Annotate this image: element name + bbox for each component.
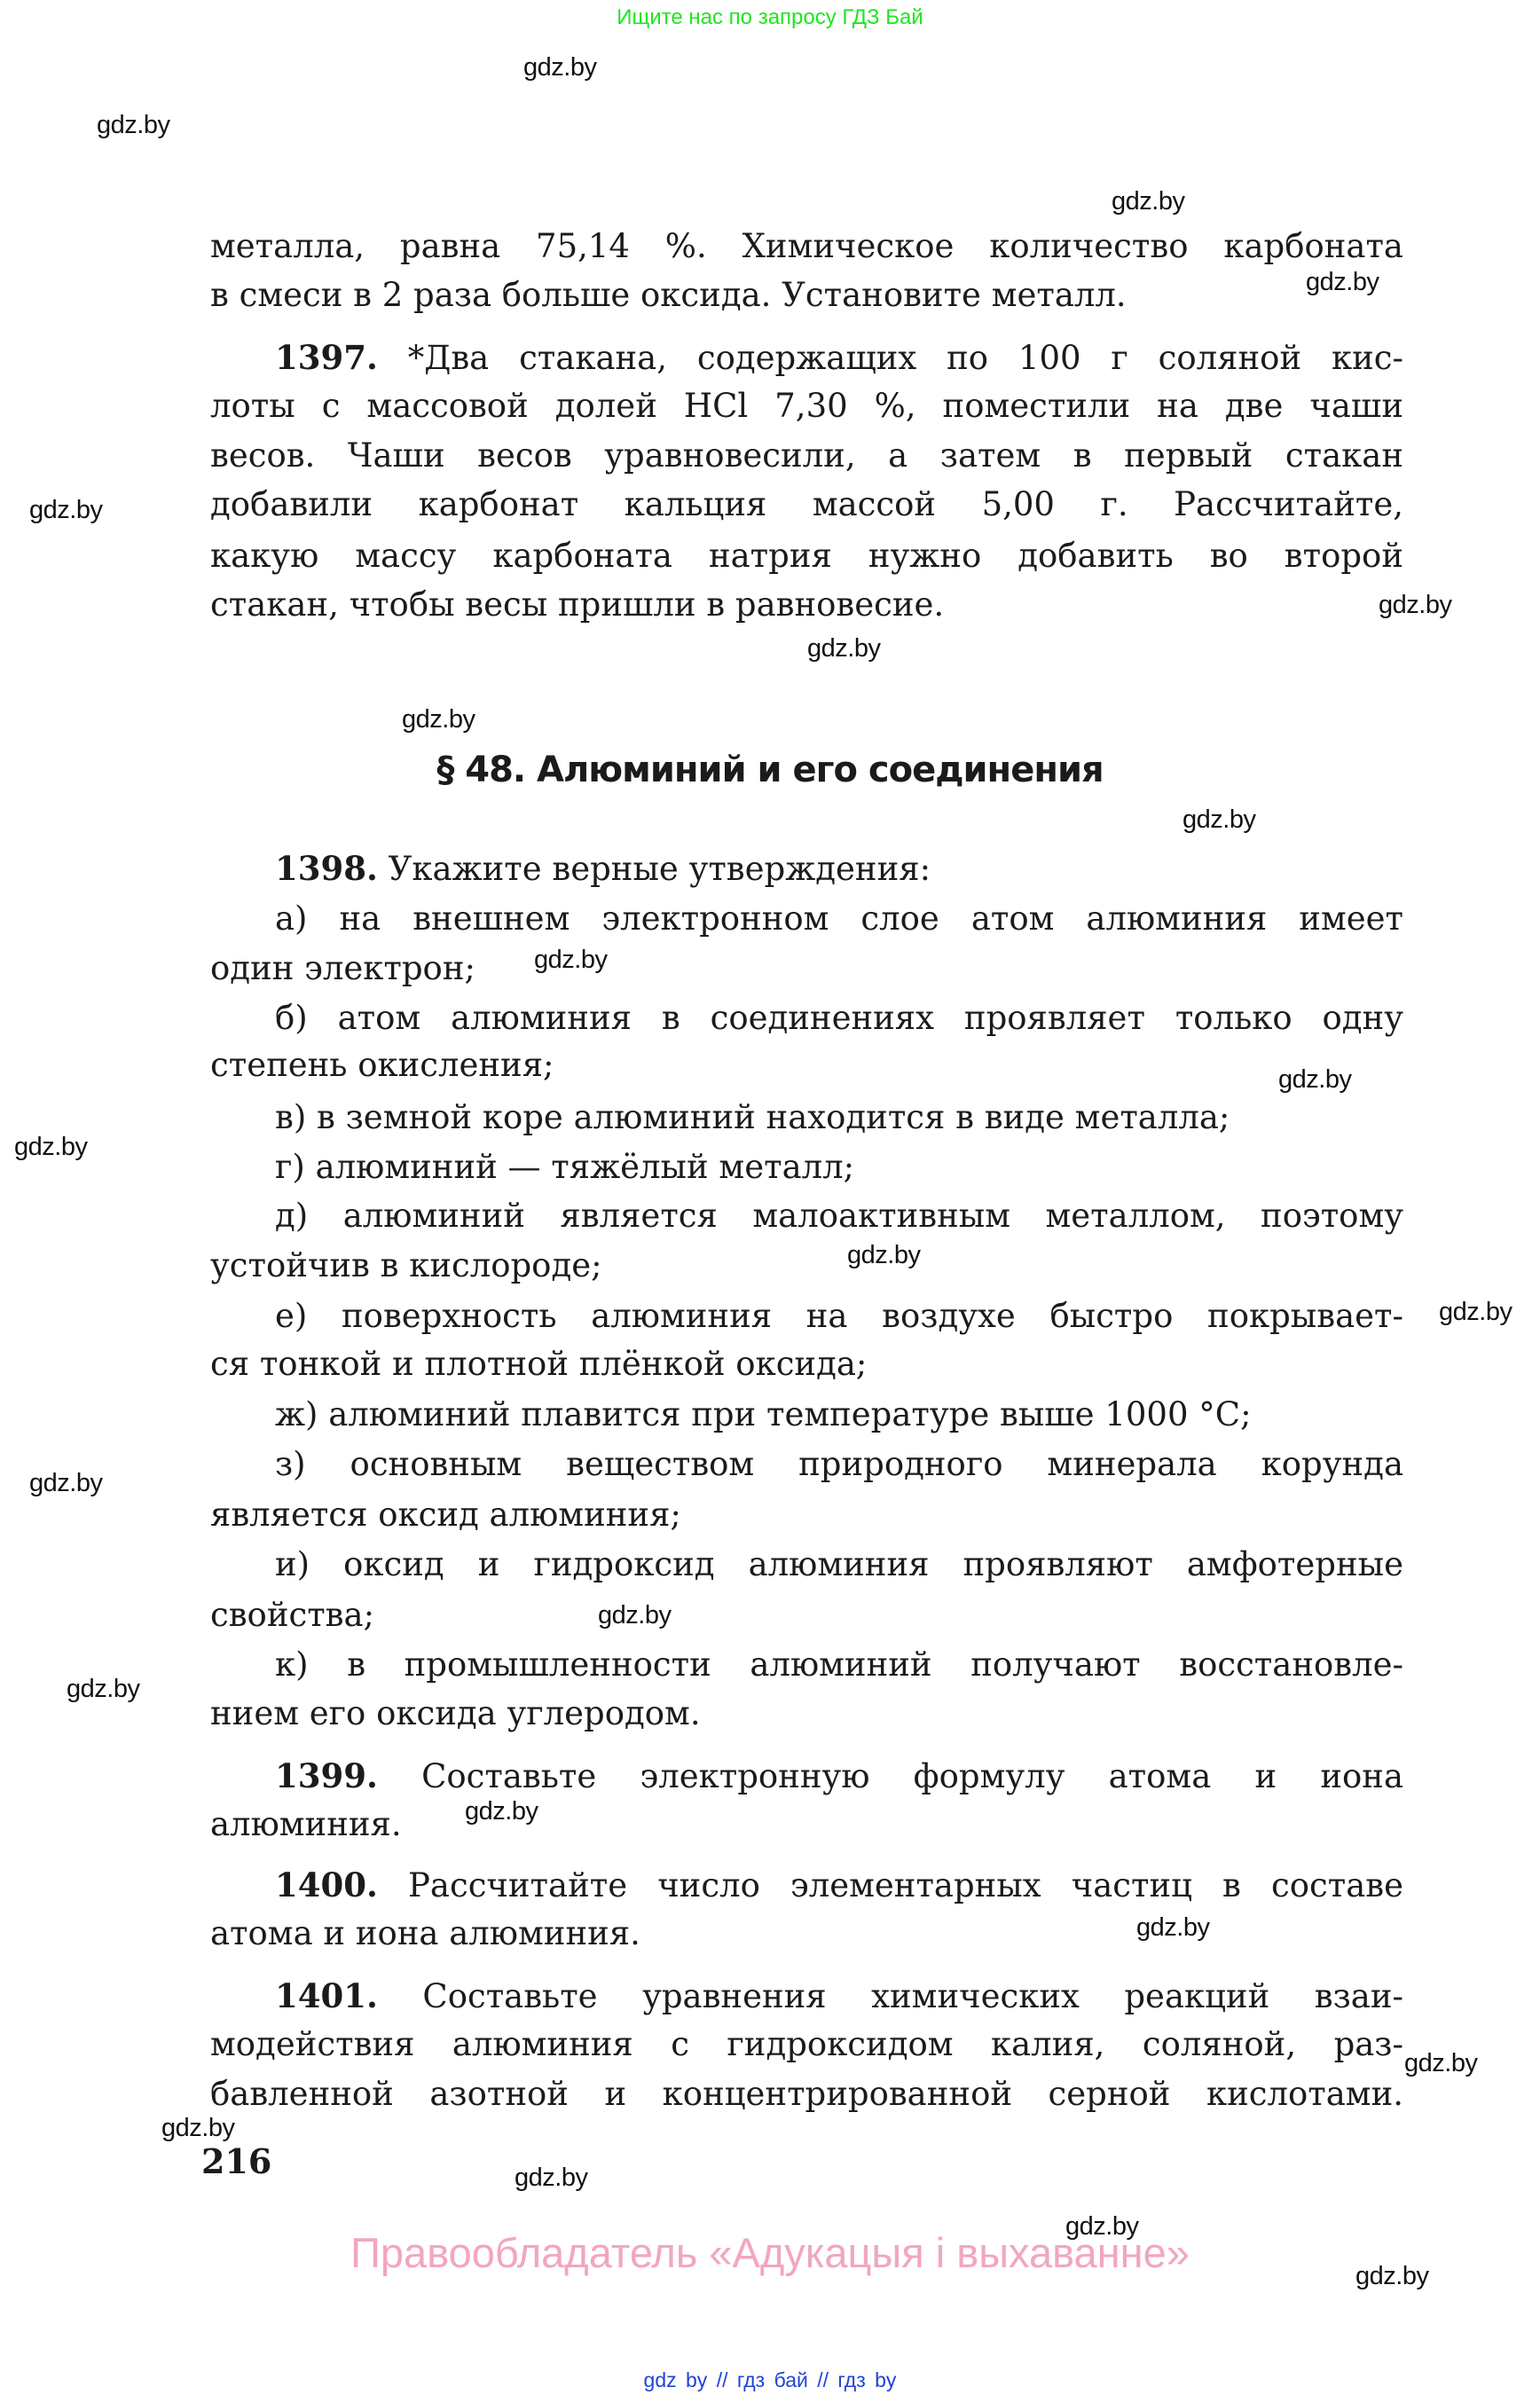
- watermark: gdz.by: [598, 1601, 671, 1630]
- text-line: весов. Чаши весов уравновесили, а затем …: [210, 431, 1403, 481]
- watermark: gdz.by: [402, 705, 475, 734]
- text-line: стакан, чтобы весы пришли в равновесие.: [210, 580, 1403, 630]
- watermark: gdz.by: [29, 496, 102, 525]
- problem-text: Составьте уравнения химических реакций в…: [422, 1977, 1403, 2015]
- problem-text: Составьте электронную формулу атома и ио…: [421, 1757, 1403, 1795]
- watermark: gdz.by: [515, 2163, 587, 2193]
- watermark: gdz.by: [534, 946, 607, 975]
- watermark: gdz.by: [1439, 1298, 1512, 1327]
- problem-text: Укажите верные утверждения:: [389, 850, 931, 888]
- watermark: gdz.by: [807, 634, 880, 664]
- watermark: gdz.by: [1112, 187, 1184, 216]
- option-line: степень окисления;: [210, 1041, 1403, 1090]
- watermark: gdz.by: [1306, 268, 1379, 297]
- watermark: gdz.by: [1379, 591, 1451, 620]
- text-line: добавили карбонат кальция массой 5,00 г.…: [210, 480, 1403, 530]
- text-line: металла, равна 75,14 %. Химическое колич…: [210, 222, 1403, 271]
- watermark: gdz.by: [1278, 1065, 1351, 1095]
- text-line: лоты с массовой долей HCl 7,30 %, помест…: [210, 381, 1403, 431]
- watermark: gdz.by: [161, 2114, 234, 2143]
- footer-links: gdz by // гдз бай // гдз by: [0, 2368, 1540, 2392]
- watermark: gdz.by: [465, 1797, 538, 1826]
- text-line: бавленной азотной и концентрированной се…: [210, 2069, 1403, 2119]
- watermark: gdz.by: [29, 1469, 102, 1498]
- watermark: gdz.by: [1182, 805, 1255, 835]
- option-line: к) в промышленности алюминий получают во…: [275, 1640, 1403, 1690]
- text-line: алюминия.: [210, 1800, 1403, 1849]
- rights-holder-notice: Правообладатель «Адукацыя і выхаванне»: [0, 2228, 1540, 2277]
- text-line: атома и иона алюминия.: [210, 1909, 1403, 1959]
- problem-1397-line: 1397. *Два стакана, содержащих по 100 г …: [275, 333, 1403, 382]
- problem-1400-line: 1400. Рассчитайте число элементарных час…: [275, 1860, 1403, 1910]
- option-line: ж) алюминий плавится при температуре выш…: [275, 1390, 1403, 1440]
- option-line: является оксид алюминия;: [210, 1490, 1403, 1540]
- search-banner: Ищите нас по запросу ГДЗ Бай: [0, 5, 1540, 30]
- option-line: д) алюминий является малоактивным металл…: [275, 1191, 1403, 1241]
- problem-1399-line: 1399. Составьте электронную формулу атом…: [275, 1751, 1403, 1801]
- problem-number: 1400.: [275, 1865, 378, 1904]
- text-line: какую массу карбоната натрия нужно добав…: [210, 531, 1403, 581]
- option-line: з) основным веществом природного минерал…: [275, 1440, 1403, 1489]
- problem-1401-line: 1401. Составьте уравнения химических реа…: [275, 1971, 1403, 2021]
- problem-number: 1401.: [275, 1976, 378, 2015]
- option-line: е) поверхность алюминия на воздухе быстр…: [275, 1292, 1403, 1341]
- watermark: gdz.by: [847, 1241, 920, 1270]
- option-line: ся тонкой и плотной плёнкой оксида;: [210, 1339, 1403, 1389]
- option-line: один электрон;: [210, 944, 1403, 993]
- option-line: б) атом алюминия в соединениях проявляет…: [275, 993, 1403, 1043]
- watermark: gdz.by: [523, 53, 596, 82]
- option-line: устойчив в кислороде;: [210, 1241, 1403, 1291]
- problem-1398-line: 1398. Укажите верные утверждения:: [275, 844, 1403, 893]
- text-line: модействия алюминия с гидроксидом калия,…: [210, 2020, 1403, 2069]
- option-line: свойства;: [210, 1590, 1403, 1640]
- option-line: нием его оксида углеродом.: [210, 1689, 1403, 1739]
- option-line: г) алюминий — тяжёлый металл;: [275, 1143, 1403, 1192]
- text-line: в смеси в 2 раза больше оксида. Установи…: [210, 271, 1403, 320]
- problem-number: 1399.: [275, 1756, 378, 1795]
- textbook-page: Ищите нас по запросу ГДЗ Бай металла, ра…: [0, 0, 1540, 2403]
- watermark: gdz.by: [97, 111, 169, 140]
- option-line: и) оксид и гидроксид алюминия проявляют …: [275, 1540, 1403, 1590]
- watermark: gdz.by: [14, 1133, 87, 1162]
- problem-number: 1397.: [275, 338, 378, 377]
- problem-text: Рассчитайте число элементарных частиц в …: [408, 1866, 1403, 1904]
- page-number: 216: [201, 2141, 271, 2181]
- watermark: gdz.by: [67, 1675, 139, 1704]
- watermark: gdz.by: [1404, 2049, 1477, 2078]
- option-line: в) в земной коре алюминий находится в ви…: [275, 1093, 1403, 1143]
- problem-number: 1398.: [275, 849, 378, 888]
- section-heading: § 48. Алюминий и его соединения: [0, 750, 1540, 790]
- problem-text: *Два стакана, содержащих по 100 г соляно…: [408, 339, 1403, 377]
- watermark: gdz.by: [1136, 1913, 1209, 1943]
- option-line: а) на внешнем электронном слое атом алюм…: [275, 894, 1403, 944]
